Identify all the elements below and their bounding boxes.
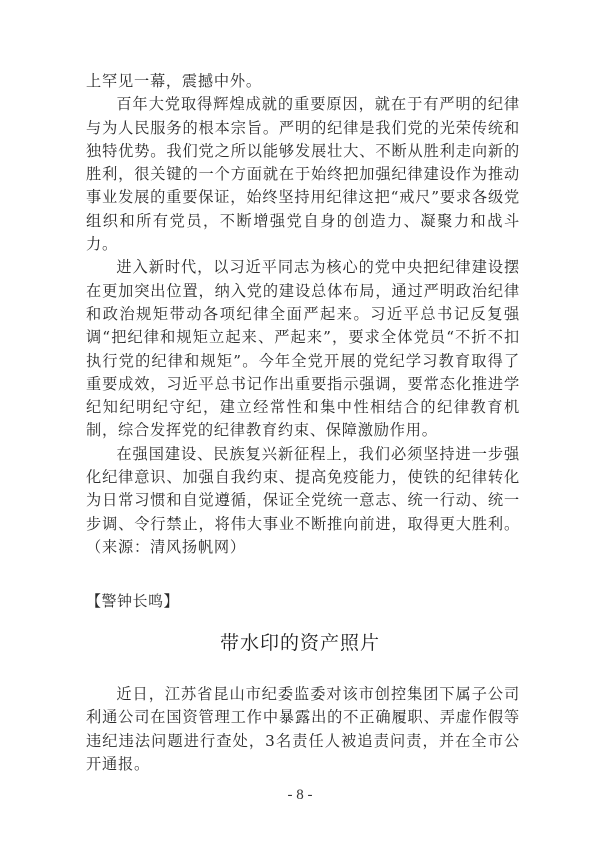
article-body-bottom: 近日，江苏省昆山市纪委监委对该市创控集团下属子公司利通公司在国资管理工作中暴露出… [86,683,520,776]
page-number: - 8 - [0,787,600,804]
paragraph-case-intro: 近日，江苏省昆山市纪委监委对该市创控集团下属子公司利通公司在国资管理工作中暴露出… [86,683,520,776]
section-tag: 【警钟长鸣】 [86,590,179,611]
paragraph-new-journey: 在强国建设、民族复兴新征程上，我们必须坚持进一步强化纪律意识、加强自我约束、提高… [86,443,520,559]
paragraph-continuation: 上罕见一幕，震撼中外。 [86,70,520,93]
article-body-top: 上罕见一幕，震撼中外。 百年大党取得辉煌成就的重要原因，就在于有严明的纪律与为人… [86,70,520,559]
document-page: 上罕见一幕，震撼中外。 百年大党取得辉煌成就的重要原因，就在于有严明的纪律与为人… [0,0,600,849]
article-headline: 带水印的资产照片 [0,628,600,655]
paragraph-new-era: 进入新时代，以习近平同志为核心的党中央把纪律建设摆在更加突出位置，纳入党的建设总… [86,256,520,442]
paragraph-party-discipline-reason: 百年大党取得辉煌成就的重要原因，就在于有严明的纪律与为人民服务的根本宗旨。严明的… [86,93,520,256]
